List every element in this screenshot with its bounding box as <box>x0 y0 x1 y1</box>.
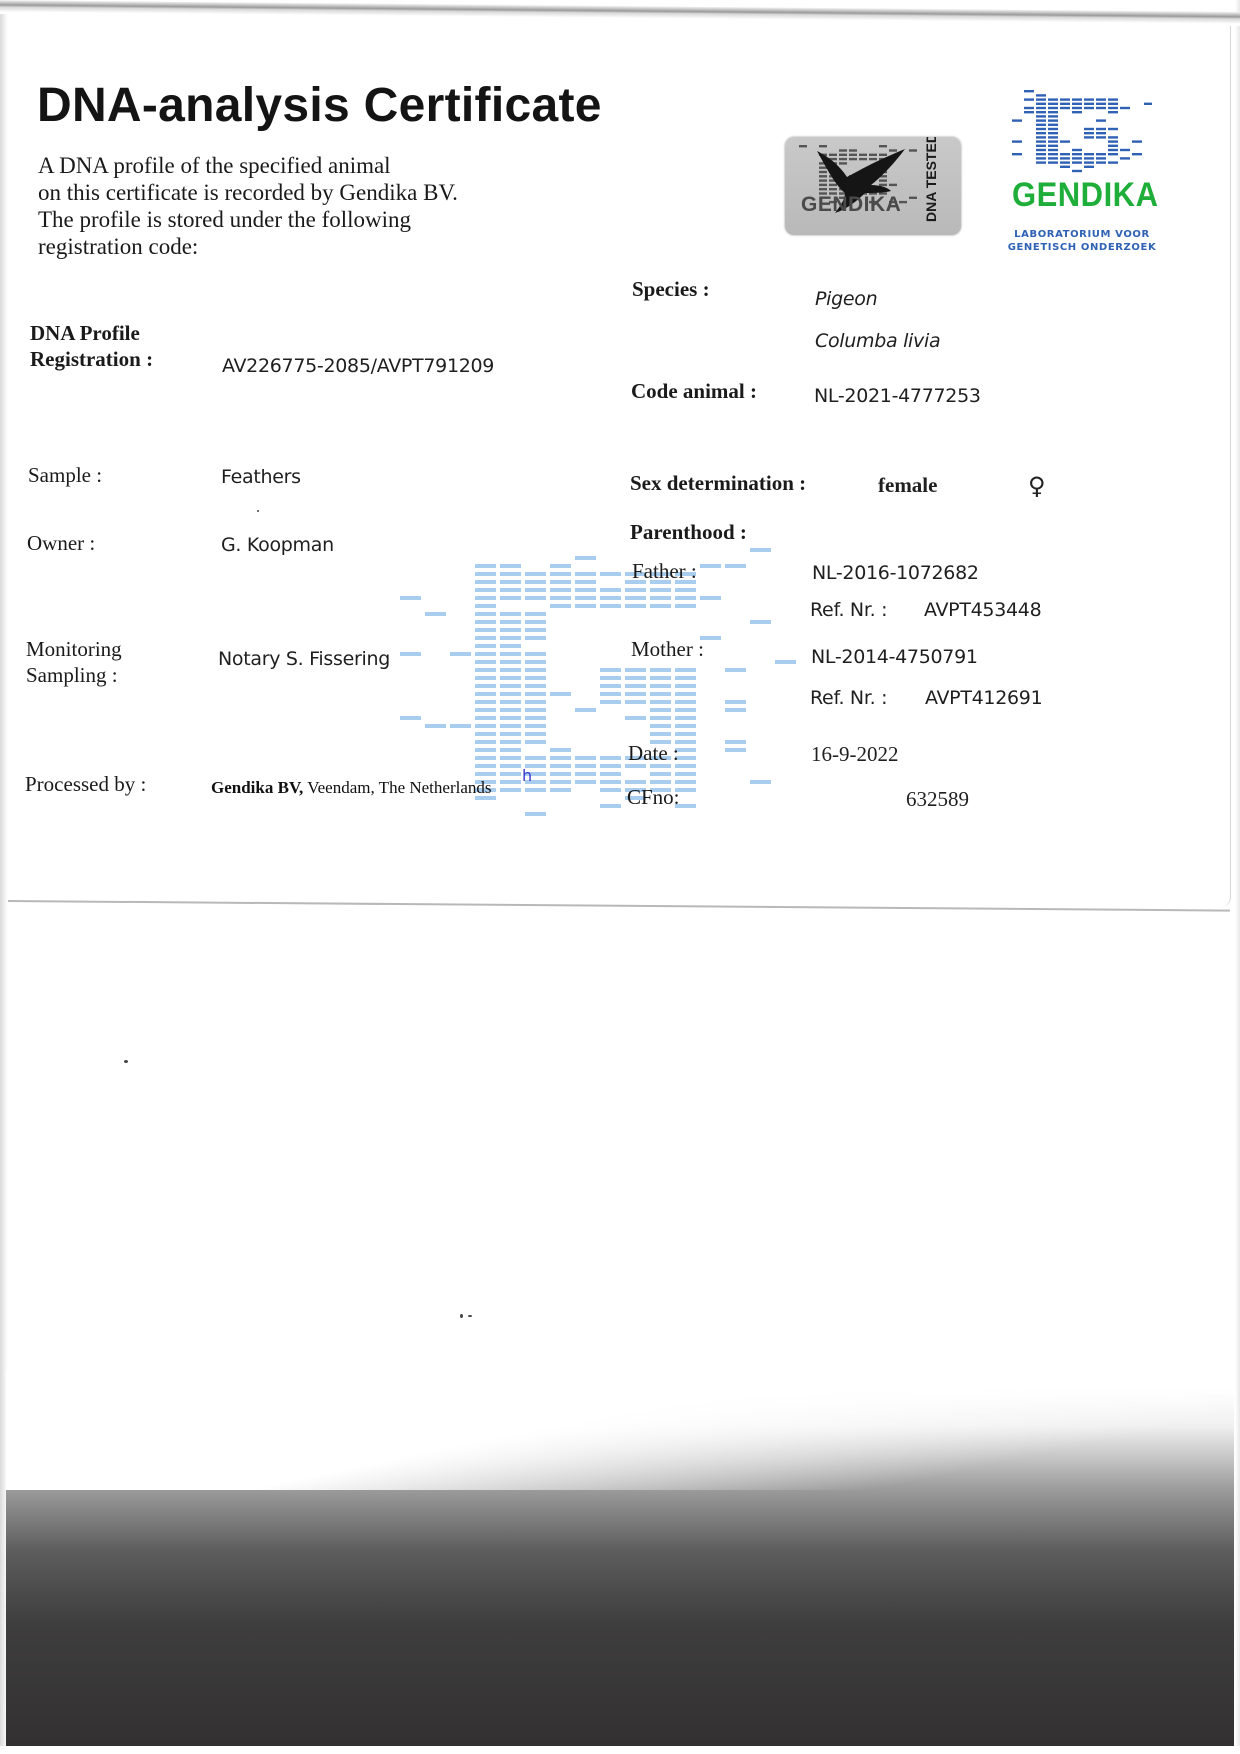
mother-ref-label: Ref. Nr. : <box>810 687 887 709</box>
cfno-label: CFno: <box>627 784 680 810</box>
pen-initial-mark: h <box>522 766 532 785</box>
intro-line: The profile is stored under the followin… <box>38 206 558 233</box>
registration-label: DNA Profile Registration : <box>30 320 153 372</box>
species-common-name: Pigeon <box>815 288 877 310</box>
monitoring-label: Monitoring Sampling : <box>26 636 122 688</box>
scan-speck <box>124 1060 128 1063</box>
logo-subtitle: LABORATORIUM VOOR GENETISCH ONDERZOEK <box>1005 228 1159 254</box>
cfno-value: 632589 <box>906 787 969 812</box>
sex-label: Sex determination : <box>630 470 806 496</box>
scanner-shadow-highlight <box>6 1370 1234 1490</box>
date-label: Date : <box>628 740 679 766</box>
code-animal-label: Code animal : <box>631 378 757 404</box>
intro-line: A DNA profile of the specified animal <box>38 152 558 179</box>
monitoring-value: Notary S. Fissering <box>218 648 390 670</box>
scan-speck <box>468 1315 472 1317</box>
badge-caption: DNA TESTED <box>923 137 939 222</box>
father-label: Father : <box>632 558 697 584</box>
owner-label: Owner : <box>27 530 95 556</box>
sample-label: Sample : <box>28 462 102 488</box>
mother-label: Mother : <box>631 636 704 662</box>
dna-tested-badge: GENDIKA DNA TESTED <box>785 137 961 235</box>
intro-line: on this certificate is recorded by Gendi… <box>38 179 558 206</box>
badge-brand: GENDIKA <box>801 193 901 217</box>
sample-value: Feathers <box>221 466 301 488</box>
code-animal-value: NL-2021-4777253 <box>814 385 981 407</box>
scan-right-edge <box>1235 0 1240 1754</box>
processed-by-label: Processed by : <box>25 771 146 797</box>
processed-by-value: Gendika BV, Veendam, The Netherlands <box>211 778 492 798</box>
certificate-intro: A DNA profile of the specified animal on… <box>38 152 558 260</box>
father-code: NL-2016-1072682 <box>812 562 979 584</box>
mother-ref-value: AVPT412691 <box>925 687 1042 709</box>
sex-value: female <box>878 473 937 498</box>
owner-value: G. Koopman <box>221 534 334 556</box>
logo-name: GENDIKA <box>1012 175 1152 215</box>
certificate-title: DNA-analysis Certificate <box>37 78 602 133</box>
father-ref-label: Ref. Nr. : <box>810 599 887 621</box>
female-symbol-icon: ♀ <box>1028 472 1046 500</box>
species-latin-name: Columba livia <box>815 330 940 352</box>
registration-value: AV226775-2085/AVPT791209 <box>222 355 494 377</box>
species-label: Species : <box>632 276 710 302</box>
parenthood-label: Parenthood : <box>630 519 747 545</box>
mother-code: NL-2014-4750791 <box>811 646 978 668</box>
gendika-logo-icon <box>1012 90 1152 174</box>
scan-speck <box>257 510 259 512</box>
intro-line: registration code: <box>38 233 558 260</box>
scan-speck <box>460 1314 463 1318</box>
scan-bottom-edge <box>0 1746 1240 1754</box>
father-ref-value: AVPT453448 <box>924 599 1041 621</box>
date-value: 16-9-2022 <box>811 742 899 767</box>
